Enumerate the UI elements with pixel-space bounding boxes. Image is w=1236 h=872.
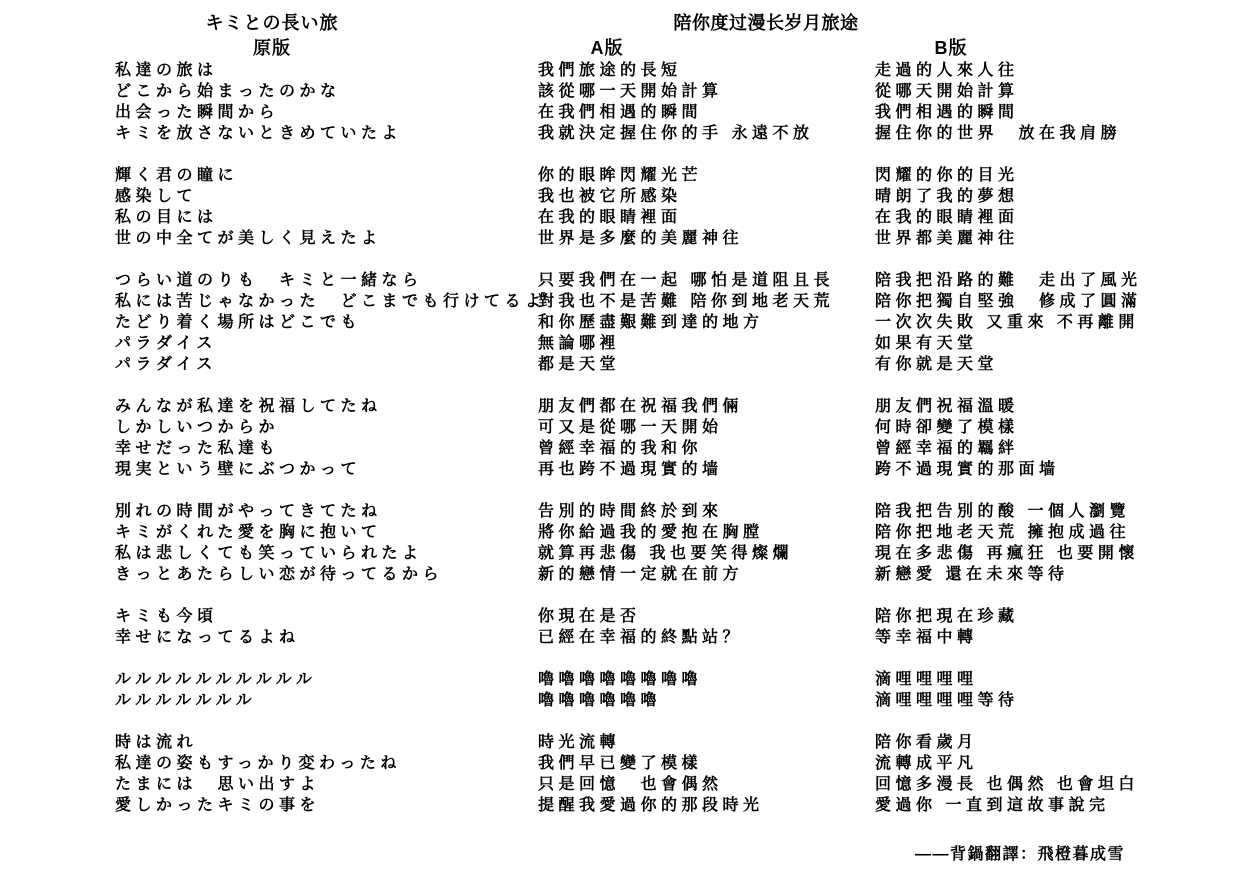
stanza: 嚕嚕嚕嚕嚕嚕嚕嚕嚕嚕嚕嚕嚕嚕 — [538, 669, 834, 711]
lyric-line: きっとあたらしい恋が待ってるから — [115, 564, 546, 585]
lyric-line: 時光流轉 — [538, 732, 834, 753]
stanza: 別れの時間がやってきてたねキミがくれた愛を胸に抱いて私は悲しくても笑っていられた… — [115, 501, 546, 585]
lyric-line: 走過的人來人往 — [875, 60, 1142, 81]
lyric-line: つらい道のりも キミと一緒なら — [115, 270, 546, 291]
original-lyrics-column: 私達の旅はどこから始まったのかな出会った瞬間からキミを放さないときめていたよ輝く… — [115, 60, 546, 837]
lyric-line: 愛しかったキミの事を — [115, 795, 546, 816]
lyric-line: 我們早已變了模樣 — [538, 753, 834, 774]
translation-song-title: 陪你度过漫长岁月旅途 — [674, 11, 859, 36]
lyric-line: 有你就是天堂 — [875, 354, 1142, 375]
lyric-line: 我就決定握住你的手 永遠不放 — [538, 123, 834, 144]
lyric-line: 已經在幸福的終點站？ — [538, 627, 834, 648]
lyric-line: 就算再悲傷 我也要笑得燦爛 — [538, 543, 834, 564]
lyric-line: 無論哪裡 — [538, 333, 834, 354]
lyric-line: 出会った瞬間から — [115, 102, 546, 123]
lyric-line: 如果有天堂 — [875, 333, 1142, 354]
lyric-line: 晴朗了我的夢想 — [875, 186, 1142, 207]
lyric-line: 別れの時間がやってきてたね — [115, 501, 546, 522]
lyric-line: 私の目には — [115, 207, 546, 228]
lyric-line: 私達の姿もすっかり変わったね — [115, 753, 546, 774]
stanza: 滴哩哩哩哩滴哩哩哩哩等待 — [875, 669, 1142, 711]
lyric-line: 陪你看歲月 — [875, 732, 1142, 753]
lyric-line: 和你歷盡艱難到達的地方 — [538, 312, 834, 333]
version-a-label: A版 — [591, 36, 624, 61]
lyric-line: 私には苦じゃなかった どこまでも行けてるよ — [115, 291, 546, 312]
lyric-line: 陪我把告別的酸 一個人瀏覽 — [875, 501, 1142, 522]
lyric-line: 滴哩哩哩哩等待 — [875, 690, 1142, 711]
lyric-line: 新戀愛 還在未來等待 — [875, 564, 1142, 585]
stanza: 走過的人來人往從哪天開始計算我們相遇的瞬間握住你的世界 放在我肩膀 — [875, 60, 1142, 144]
lyric-line: 只要我們在一起 哪怕是道阻且長 — [538, 270, 834, 291]
lyric-line: 都是天堂 — [538, 354, 834, 375]
lyric-line: 再也跨不過現實的墙 — [538, 459, 834, 480]
lyric-line: どこから始まったのかな — [115, 81, 546, 102]
stanza: 我們旅途的長短該從哪一天開始計算在我們相遇的瞬間我就決定握住你的手 永遠不放 — [538, 60, 834, 144]
lyric-line: 我們旅途的長短 — [538, 60, 834, 81]
lyric-line: 一次次失敗 又重來 不再離開 — [875, 312, 1142, 333]
version-a-lyrics-column: 我們旅途的長短該從哪一天開始計算在我們相遇的瞬間我就決定握住你的手 永遠不放你的… — [538, 60, 834, 837]
version-b-label: B版 — [935, 36, 968, 61]
lyric-line: 幸せになってるよね — [115, 627, 546, 648]
lyric-line: 在我們相遇的瞬間 — [538, 102, 834, 123]
lyric-line: 可又是從哪一天開始 — [538, 417, 834, 438]
stanza: 你的眼眸閃耀光芒我也被它所感染在我的眼睛裡面世界是多麼的美麗神往 — [538, 165, 834, 249]
lyric-line: たまには 思い出すよ — [115, 774, 546, 795]
stanza: 陪我把告別的酸 一個人瀏覽陪你把地老天荒 擁抱成過往現在多悲傷 再瘋狂 也要開懷… — [875, 501, 1142, 585]
lyric-line: 滴哩哩哩哩 — [875, 669, 1142, 690]
lyric-line: 世界是多麼的美麗神往 — [538, 228, 834, 249]
lyric-line: 流轉成平凡 — [875, 753, 1142, 774]
lyric-line: パラダイス — [115, 333, 546, 354]
lyric-line: 回憶多漫長 也偶然 也會坦白 — [875, 774, 1142, 795]
stanza: つらい道のりも キミと一緒なら私には苦じゃなかった どこまでも行けてるよたどり着… — [115, 270, 546, 375]
lyric-line: パラダイス — [115, 354, 546, 375]
lyric-line: 愛過你 一直到這故事說完 — [875, 795, 1142, 816]
lyric-line: 陪你把現在珍藏 — [875, 606, 1142, 627]
lyric-line: 嚕嚕嚕嚕嚕嚕 — [538, 690, 834, 711]
lyric-line: 世の中全てが美しく見えたよ — [115, 228, 546, 249]
lyric-line: キミを放さないときめていたよ — [115, 123, 546, 144]
lyric-line: 跨不過現實的那面墙 — [875, 459, 1142, 480]
lyric-line: 在我的眼睛裡面 — [538, 207, 834, 228]
lyric-line: 等幸福中轉 — [875, 627, 1142, 648]
lyric-line: 將你給過我的愛抱在胸膛 — [538, 522, 834, 543]
lyric-line: 閃耀的你的目光 — [875, 165, 1142, 186]
stanza: キミも今頃幸せになってるよね — [115, 606, 546, 648]
lyric-line: キミも今頃 — [115, 606, 546, 627]
lyric-line: 現在多悲傷 再瘋狂 也要開懷 — [875, 543, 1142, 564]
stanza: 輝く君の瞳に感染して私の目には世の中全てが美しく見えたよ — [115, 165, 546, 249]
stanza: 你現在是否已經在幸福的終點站？ — [538, 606, 834, 648]
lyric-line: 在我的眼睛裡面 — [875, 207, 1142, 228]
lyric-line: 現実という壁にぶつかって — [115, 459, 546, 480]
stanza: 陪我把沿路的難 走出了風光陪你把獨自堅強 修成了圓滿一次次失敗 又重來 不再離開… — [875, 270, 1142, 375]
lyric-line: 我也被它所感染 — [538, 186, 834, 207]
lyric-line: 提醒我愛過你的那段時光 — [538, 795, 834, 816]
lyric-line: 只是回憶 也會偶然 — [538, 774, 834, 795]
stanza: 陪你看歲月流轉成平凡回憶多漫長 也偶然 也會坦白愛過你 一直到這故事說完 — [875, 732, 1142, 816]
lyric-line: 你現在是否 — [538, 606, 834, 627]
lyric-line: 曾經幸福的我和你 — [538, 438, 834, 459]
lyric-line: 對我也不是苦難 陪你到地老天荒 — [538, 291, 834, 312]
lyric-line: しかしいつからか — [115, 417, 546, 438]
lyric-line: 陪我把沿路的難 走出了風光 — [875, 270, 1142, 291]
lyric-line: 朋友們祝福溫暖 — [875, 396, 1142, 417]
lyric-line: 陪你把獨自堅強 修成了圓滿 — [875, 291, 1142, 312]
lyric-line: 曾經幸福的羈絆 — [875, 438, 1142, 459]
lyric-line: 感染して — [115, 186, 546, 207]
lyric-line: ルルルルルルル — [115, 690, 546, 711]
stanza: 只要我們在一起 哪怕是道阻且長對我也不是苦難 陪你到地老天荒和你歷盡艱難到達的地… — [538, 270, 834, 375]
stanza: 朋友們都在祝福我們倆可又是從哪一天開始曾經幸福的我和你再也跨不過現實的墙 — [538, 396, 834, 480]
lyric-line: 新的戀情一定就在前方 — [538, 564, 834, 585]
lyric-line: 陪你把地老天荒 擁抱成過往 — [875, 522, 1142, 543]
lyric-line: ルルルルルルルルルル — [115, 669, 546, 690]
lyric-line: 世界都美麗神往 — [875, 228, 1142, 249]
lyric-line: たどり着く場所はどこでも — [115, 312, 546, 333]
lyric-line: 從哪天開始計算 — [875, 81, 1142, 102]
stanza: 陪你把現在珍藏等幸福中轉 — [875, 606, 1142, 648]
version-b-lyrics-column: 走過的人來人往從哪天開始計算我們相遇的瞬間握住你的世界 放在我肩膀閃耀的你的目光… — [875, 60, 1142, 837]
lyric-line: キミがくれた愛を胸に抱いて — [115, 522, 546, 543]
lyric-line: 幸せだった私達も — [115, 438, 546, 459]
stanza: みんなが私達を祝福してたねしかしいつからか幸せだった私達も現実という壁にぶつかっ… — [115, 396, 546, 480]
lyric-line: 你的眼眸閃耀光芒 — [538, 165, 834, 186]
stanza: 時光流轉我們早已變了模樣只是回憶 也會偶然提醒我愛過你的那段時光 — [538, 732, 834, 816]
original-version-label: 原版 — [253, 36, 291, 61]
lyric-line: 該從哪一天開始計算 — [538, 81, 834, 102]
original-song-title: キミとの長い旅 — [206, 11, 339, 36]
stanza: 私達の旅はどこから始まったのかな出会った瞬間からキミを放さないときめていたよ — [115, 60, 546, 144]
lyric-line: みんなが私達を祝福してたね — [115, 396, 546, 417]
lyric-line: 嚕嚕嚕嚕嚕嚕嚕嚕 — [538, 669, 834, 690]
lyric-line: 私は悲しくても笑っていられたよ — [115, 543, 546, 564]
lyric-line: 時は流れ — [115, 732, 546, 753]
lyric-line: 朋友們都在祝福我們倆 — [538, 396, 834, 417]
lyric-line: 何時卻變了模樣 — [875, 417, 1142, 438]
lyric-line: 我們相遇的瞬間 — [875, 102, 1142, 123]
stanza: 時は流れ私達の姿もすっかり変わったねたまには 思い出すよ愛しかったキミの事を — [115, 732, 546, 816]
stanza: 告別的時間終於到來將你給過我的愛抱在胸膛就算再悲傷 我也要笑得燦爛新的戀情一定就… — [538, 501, 834, 585]
translator-credit: ——背鍋翻譯：飛橙暮成雪 — [915, 841, 1125, 864]
stanza: 閃耀的你的目光晴朗了我的夢想在我的眼睛裡面世界都美麗神往 — [875, 165, 1142, 249]
lyric-line: 私達の旅は — [115, 60, 546, 81]
lyric-line: 告別的時間終於到來 — [538, 501, 834, 522]
stanza: ルルルルルルルルルルルルルルルルル — [115, 669, 546, 711]
stanza: 朋友們祝福溫暖何時卻變了模樣曾經幸福的羈絆跨不過現實的那面墙 — [875, 396, 1142, 480]
lyric-line: 握住你的世界 放在我肩膀 — [875, 123, 1142, 144]
lyric-line: 輝く君の瞳に — [115, 165, 546, 186]
